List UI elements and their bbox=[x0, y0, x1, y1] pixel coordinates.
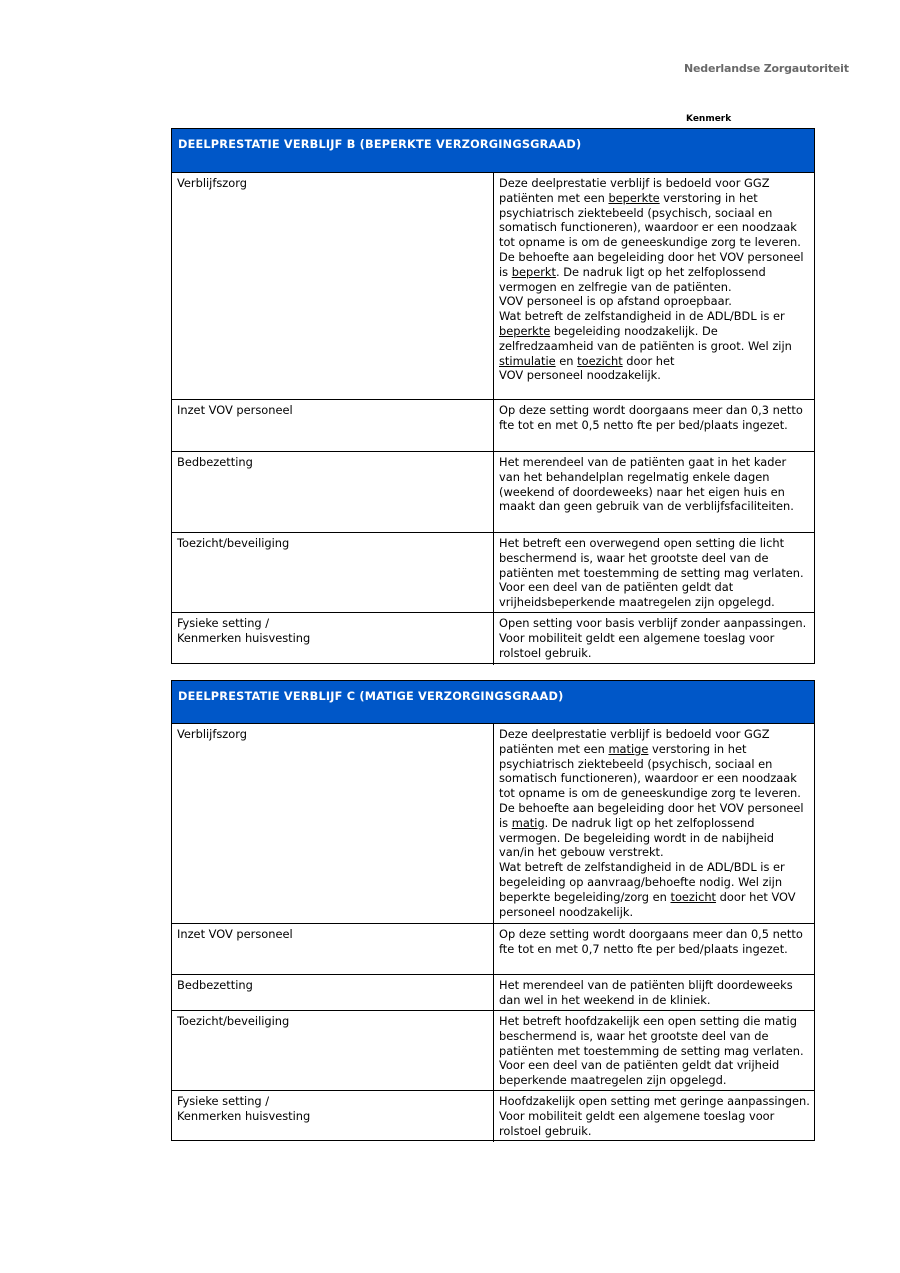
row-label: Toezicht/beveiliging bbox=[172, 1011, 494, 1090]
table-row: Inzet VOV personeelOp deze setting wordt… bbox=[172, 924, 814, 975]
row-value: Op deze setting wordt doorgaans meer dan… bbox=[494, 924, 814, 957]
row-value: Het betreft hoofdzakelijk een open setti… bbox=[494, 1011, 814, 1088]
row-value: Deze deelprestatie verblijf is bedoeld v… bbox=[494, 724, 814, 919]
table-row: BedbezettingHet merendeel van de patiënt… bbox=[172, 975, 814, 1011]
table-title: DEELPRESTATIE VERBLIJF C (MATIGE VERZORG… bbox=[172, 681, 814, 724]
table-title: DEELPRESTATIE VERBLIJF B (BEPERKTE VERZO… bbox=[172, 129, 814, 173]
row-label: Bedbezetting bbox=[172, 975, 494, 1010]
table-row: BedbezettingHet merendeel van de patiënt… bbox=[172, 452, 814, 533]
row-value: Deze deelprestatie verblijf is bedoeld v… bbox=[494, 173, 814, 383]
row-label: Inzet VOV personeel bbox=[172, 400, 494, 451]
table-row: Toezicht/beveiligingHet betreft een over… bbox=[172, 533, 814, 613]
row-value: Het merendeel van de patiënten blijft do… bbox=[494, 975, 814, 1008]
table-row: Inzet VOV personeelOp deze setting wordt… bbox=[172, 400, 814, 452]
row-label: Fysieke setting / Kenmerken huisvesting bbox=[172, 613, 494, 665]
table-row: VerblijfszorgDeze deelprestatie verblijf… bbox=[172, 724, 814, 924]
row-label: Verblijfszorg bbox=[172, 724, 494, 923]
row-value: Open setting voor basis verblijf zonder … bbox=[494, 613, 814, 660]
kenmerk-label: Kenmerk bbox=[686, 114, 731, 124]
row-label: Inzet VOV personeel bbox=[172, 924, 494, 974]
row-value: Het betreft een overwegend open setting … bbox=[494, 533, 814, 610]
row-value: Op deze setting wordt doorgaans meer dan… bbox=[494, 400, 814, 433]
table-verblijf-c: DEELPRESTATIE VERBLIJF C (MATIGE VERZORG… bbox=[171, 680, 815, 1141]
row-value: Het merendeel van de patiënten gaat in h… bbox=[494, 452, 814, 514]
row-label: Fysieke setting / Kenmerken huisvesting bbox=[172, 1091, 494, 1142]
row-value: Hoofdzakelijk open setting met geringe a… bbox=[494, 1091, 814, 1138]
organization-name: Nederlandse Zorgautoriteit bbox=[684, 62, 849, 75]
row-label: Bedbezetting bbox=[172, 452, 494, 532]
table-row: Fysieke setting / Kenmerken huisvestingH… bbox=[172, 1091, 814, 1142]
row-label: Verblijfszorg bbox=[172, 173, 494, 399]
row-label: Toezicht/beveiliging bbox=[172, 533, 494, 612]
table-row: Fysieke setting / Kenmerken huisvestingO… bbox=[172, 613, 814, 665]
table-row: VerblijfszorgDeze deelprestatie verblijf… bbox=[172, 173, 814, 400]
table-row: Toezicht/beveiligingHet betreft hoofdzak… bbox=[172, 1011, 814, 1091]
table-verblijf-b: DEELPRESTATIE VERBLIJF B (BEPERKTE VERZO… bbox=[171, 128, 815, 664]
